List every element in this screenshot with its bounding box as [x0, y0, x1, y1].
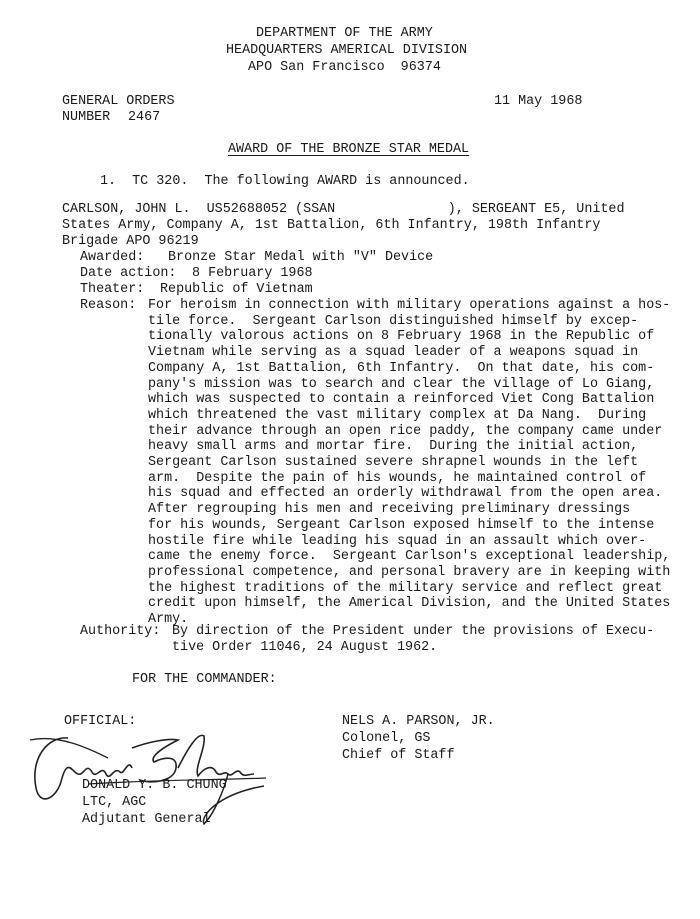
recipient-line: States Army, Company A, 1st Battalion, 6… [62, 218, 600, 234]
reason-line: tile force. Sergeant Carlson distinguish… [148, 314, 638, 330]
reason-line: Sergeant Carlson sustained severe shrapn… [148, 455, 638, 471]
commander-title: Chief of Staff [342, 748, 455, 764]
header-department: DEPARTMENT OF THE ARMY [256, 26, 433, 42]
reason-line: arm. Despite the pain of his wounds, he … [148, 471, 646, 487]
reason-line: which threatened the vast military compl… [148, 408, 646, 424]
reason-line: came the enemy force. Sergeant Carlson's… [148, 549, 670, 565]
header-apo: APO San Francisco 96374 [248, 60, 441, 76]
document-title: AWARD OF THE BRONZE STAR MEDAL [228, 142, 469, 158]
commander-name: NELS A. PARSON, JR. [342, 714, 495, 730]
authority-line: By direction of the President under the … [172, 624, 654, 640]
reason-line: hostile fire while leading his squad in … [148, 534, 646, 550]
reason-line: Vietnam while serving as a squad leader … [148, 345, 638, 361]
reason-line: For heroism in connection with military … [148, 298, 670, 314]
commander-rank: Colonel, GS [342, 731, 430, 747]
reason-line: which was suspected to contain a reinfor… [148, 392, 654, 408]
theater-label: Theater: [80, 282, 144, 298]
recipient-line: Brigade APO 96219 [62, 234, 199, 250]
order-date: 11 May 1968 [494, 94, 582, 110]
header-headquarters: HEADQUARTERS AMERICAL DIVISION [226, 43, 467, 59]
theater-value: Republic of Vietnam [160, 282, 313, 298]
reason-line: After regrouping his men and receiving p… [148, 502, 630, 518]
awarded-label: Awarded: [80, 250, 144, 266]
official-rank: LTC, AGC [82, 795, 146, 811]
recipient-line: CARLSON, JOHN L. US52688052 (SSAN ), SER… [62, 202, 625, 218]
general-orders-label: GENERAL ORDERS [62, 94, 175, 110]
reason-line: tionally valorous actions on 8 February … [148, 329, 654, 345]
authority-line: tive Order 11046, 24 August 1962. [172, 640, 437, 656]
reason-line: Company A, 1st Battalion, 6th Infantry. … [148, 361, 654, 377]
order-number: 2467 [128, 110, 160, 126]
official-name: DONALD Y. B. CHUNG [82, 778, 227, 794]
reason-line: his squad and effected an orderly withdr… [148, 486, 662, 502]
date-action-label: Date action: [80, 266, 176, 282]
official-title: Adjutant General [82, 812, 211, 828]
reason-line: heavy small arms and mortar fire. During… [148, 439, 638, 455]
for-the-commander: FOR THE COMMANDER: [132, 672, 277, 688]
number-label: NUMBER [62, 110, 110, 126]
awarded-value: Bronze Star Medal with "V" Device [168, 250, 433, 266]
paragraph-1: 1. TC 320. The following AWARD is announ… [100, 174, 470, 190]
date-action-value: 8 February 1968 [192, 266, 313, 282]
reason-line: the highest traditions of the military s… [148, 581, 662, 597]
reason-line: for his wounds, Sergeant Carlson exposed… [148, 518, 654, 534]
reason-line: credit upon himself, the Americal Divisi… [148, 596, 670, 612]
reason-line: their advance through an open rice paddy… [148, 424, 662, 440]
authority-label: Authority: [80, 624, 160, 640]
reason-label: Reason: [80, 298, 136, 314]
reason-line: professional competence, and personal br… [148, 565, 670, 581]
reason-line: pany's mission was to search and clear t… [148, 377, 654, 393]
